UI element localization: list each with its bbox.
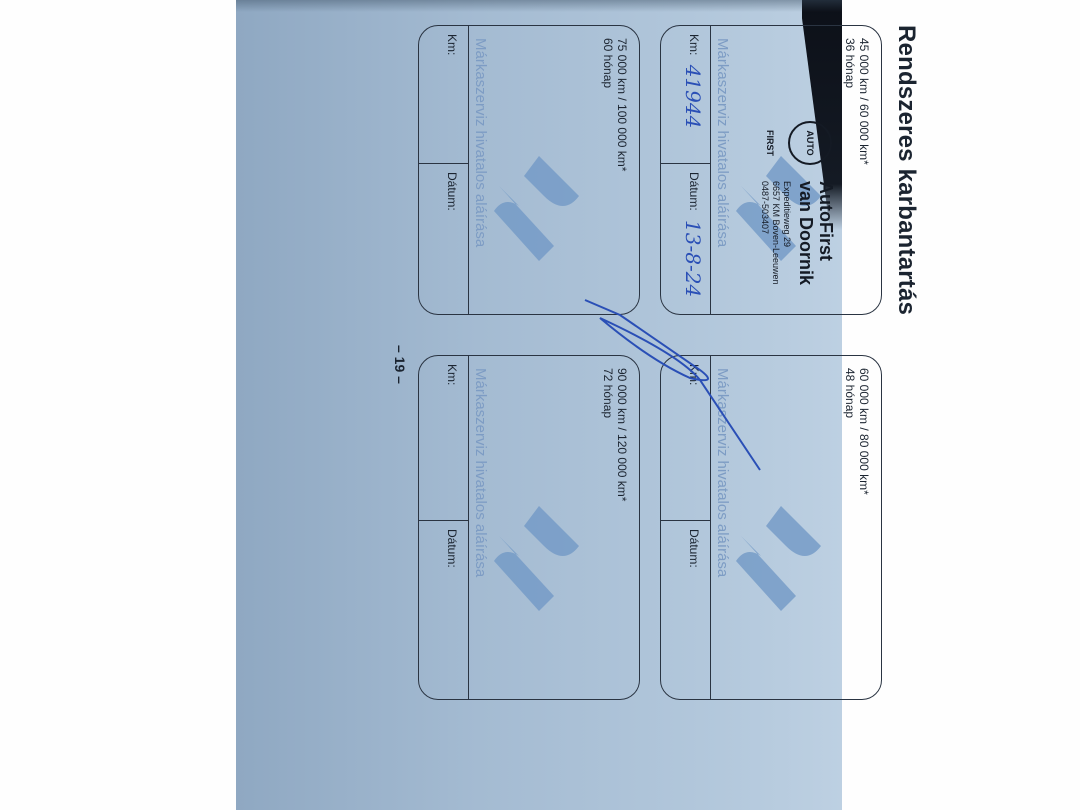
interval-months: 60 hónap (601, 38, 615, 171)
km-field[interactable]: Km: (418, 356, 469, 521)
km-field[interactable]: Km: (660, 356, 711, 521)
date-label: Dátum: (445, 172, 459, 211)
autofirst-logo-icon: AUTO FIRST (788, 121, 832, 165)
service-interval: 45 000 km / 60 000 km* 36 hónap (843, 38, 871, 165)
dealer-name-line1: AutoFirst (816, 181, 836, 285)
suzuki-s-logo-icon (489, 486, 589, 616)
date-field[interactable]: Dátum: 13-8-24 (660, 164, 711, 314)
service-interval: 90 000 km / 120 000 km* 72 hónap (601, 368, 629, 501)
date-field[interactable]: Dátum: (660, 521, 711, 699)
interval-km: 60 000 km / 80 000 km* (857, 368, 871, 495)
card-signature-area: 75 000 km / 100 000 km* 60 hónap Márkasz… (468, 26, 639, 314)
date-label: Dátum: (687, 529, 701, 568)
service-card-90000: 90 000 km / 120 000 km* 72 hónap Márkasz… (418, 355, 640, 700)
dealer-name-line2: van Doornik (796, 181, 816, 285)
km-label: Km: (445, 34, 459, 55)
dealer-stamp: AUTO FIRST AutoFirst van Doornik Expedit… (736, 111, 836, 301)
service-interval: 60 000 km / 80 000 km* 48 hónap (843, 368, 871, 495)
km-value: 41944 (681, 65, 705, 129)
interval-months: 72 hónap (601, 368, 615, 501)
km-label: Km: (445, 364, 459, 385)
page-edge-shadow (236, 0, 842, 12)
card-signature-area: 60 000 km / 80 000 km* 48 hónap Márkasze… (710, 356, 881, 699)
suzuki-s-logo-icon (731, 486, 831, 616)
km-field[interactable]: Km: 41944 (660, 26, 711, 164)
interval-km: 90 000 km / 120 000 km* (615, 368, 629, 501)
interval-km: 45 000 km / 60 000 km* (857, 38, 871, 165)
km-label: Km: (687, 364, 701, 385)
km-field[interactable]: Km: (418, 26, 469, 164)
card-signature-area: 45 000 km / 60 000 km* 36 hónap AUTO FIR… (710, 26, 881, 314)
date-value: 13-8-24 (681, 220, 705, 297)
date-field[interactable]: Dátum: (418, 521, 469, 699)
dealer-street: Expeditieweg 29 (781, 181, 792, 285)
service-interval: 75 000 km / 100 000 km* 60 hónap (601, 38, 629, 171)
dealer-name: AutoFirst van Doornik (796, 181, 836, 285)
signature-label: Márkaszerviz hivatalos aláírása (714, 38, 731, 247)
date-field[interactable]: Dátum: (418, 164, 469, 314)
service-card-60000: 60 000 km / 80 000 km* 48 hónap Márkasze… (660, 355, 882, 700)
service-card-75000: 75 000 km / 100 000 km* 60 hónap Márkasz… (418, 25, 640, 315)
page-title: Rendszeres karbantartás (892, 25, 920, 315)
page-number: – 19 – (392, 345, 408, 384)
date-label: Dátum: (687, 172, 701, 211)
card-signature-area: 90 000 km / 120 000 km* 72 hónap Márkasz… (468, 356, 639, 699)
km-label: Km: (687, 34, 701, 55)
date-label: Dátum: (445, 529, 459, 568)
interval-months: 36 hónap (843, 38, 857, 165)
interval-km: 75 000 km / 100 000 km* (615, 38, 629, 171)
manual-page: Rendszeres karbantartás 45 000 km / 60 0… (370, 25, 930, 785)
suzuki-s-logo-icon (489, 136, 589, 266)
dealer-address: Expeditieweg 29 6657 KM Boven-Leeuwen 04… (759, 181, 792, 285)
service-card-45000: 45 000 km / 60 000 km* 36 hónap AUTO FIR… (660, 25, 882, 315)
signature-label: Márkaszerviz hivatalos aláírása (714, 368, 731, 577)
dealer-phone: 0487-503407 (759, 181, 770, 285)
interval-months: 48 hónap (843, 368, 857, 495)
signature-label: Márkaszerviz hivatalos aláírása (472, 368, 489, 577)
dealer-city: 6657 KM Boven-Leeuwen (770, 181, 781, 285)
signature-label: Márkaszerviz hivatalos aláírása (472, 38, 489, 247)
